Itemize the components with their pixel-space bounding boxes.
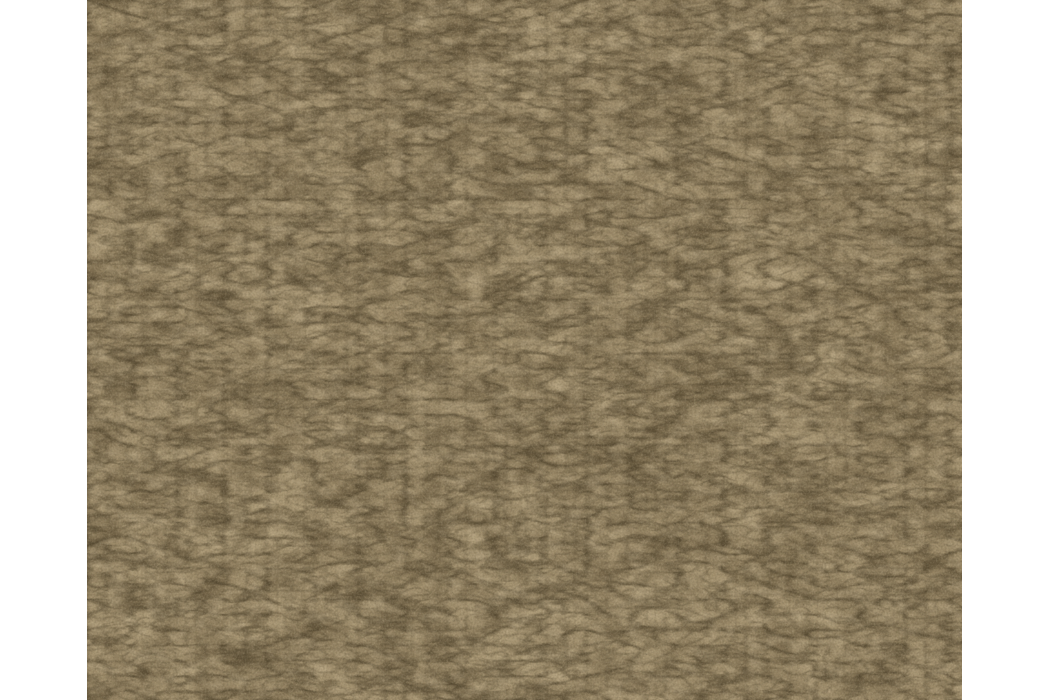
fabric-texture [87,0,962,700]
fabric-swatch [87,0,962,700]
texture-grain-dark-layer [87,0,962,700]
photo-canvas [0,0,1050,700]
